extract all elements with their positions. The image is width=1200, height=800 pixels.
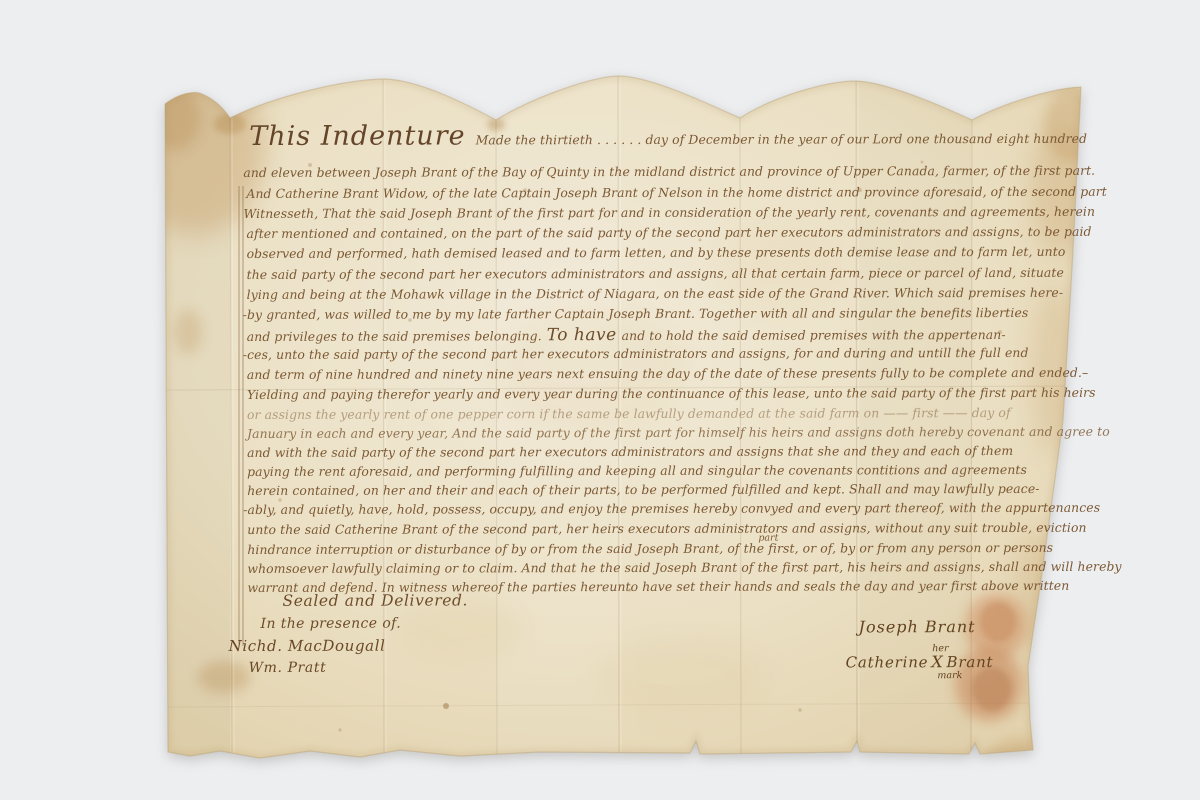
joseph-brant-signature: Joseph Brant (859, 617, 976, 636)
inserted-word: part (758, 533, 778, 544)
line10-start: and privileges to the said premises belo… (247, 328, 542, 344)
presence-line: In the presence of. (261, 616, 402, 632)
manuscript-line: and with the said party of the second pa… (247, 444, 1013, 458)
manuscript-text: This IndentureMade the thirtieth . . . .… (159, 69, 1096, 771)
manuscript-line: And Catherine Brant Widow, of the late C… (246, 185, 1106, 200)
manuscript-line: or assigns the yearly rent of one pepper… (247, 406, 1011, 420)
manuscript-line: January in each and every year, And the … (247, 425, 1110, 440)
to-have-words: To have (542, 325, 622, 345)
opening-rest: Made the thirtieth . . . . . . day of De… (476, 131, 1088, 148)
witness-signature-2: Wm. Pratt (249, 660, 327, 676)
manuscript-line: -ably, and quietly, have, hold, possess,… (243, 501, 1100, 516)
manuscript-line: Witnesseth, That the said Joseph Brant o… (243, 206, 1095, 221)
mark-label: mark (937, 670, 962, 681)
manuscript-line: -ces, unto the said party of the second … (243, 346, 1029, 360)
brant-name: Brant (947, 653, 994, 671)
catherine-brant-signature: CatherineherXmarkBrant (846, 652, 994, 671)
photo-stage: This IndentureMade the thirtieth . . . .… (0, 0, 1200, 800)
manuscript-line: unto the said Catherine Brant of the sec… (247, 521, 1086, 536)
manuscript-line: Yielding and paying therefor yearly and … (247, 386, 1096, 401)
manuscript-line: hindrance interruption or disturbance of… (247, 541, 1053, 556)
manuscript-line: lying and being at the Mohawk village in… (247, 286, 1064, 301)
opening-line: This IndentureMade the thirtieth . . . .… (249, 121, 1087, 150)
opening-words: This Indenture (249, 120, 465, 152)
witness-signature-1: Nichd. MacDougall (229, 637, 386, 655)
manuscript-line: herein contained, on her and their and e… (247, 482, 1039, 496)
sealed-delivered-line: Sealed and Delivered. (282, 591, 468, 609)
manuscript-line: and eleven between Joseph Brant of the B… (243, 165, 1095, 180)
manuscript-line: paying the rent aforesaid, and performin… (247, 463, 1027, 477)
x-mark: X (931, 652, 943, 671)
her-label: her (932, 643, 948, 654)
catherine-name: Catherine (846, 653, 929, 671)
manuscript-line: whomsoever lawfully claiming or to claim… (247, 560, 1121, 575)
her-mark-group: herXmark (931, 652, 943, 671)
manuscript-line: after mentioned and contained, on the pa… (246, 226, 1091, 241)
manuscript-line: the said party of the second part her ex… (247, 266, 1064, 281)
line10-end: and to hold the said demised premises wi… (622, 327, 1006, 343)
manuscript-line: -by granted, was willed to me by my late… (243, 306, 1029, 320)
manuscript-line: observed and performed, hath demised lea… (247, 246, 1066, 261)
manuscript-line: and term of nine hundred and ninety nine… (247, 366, 1088, 381)
manuscript-line: and privileges to the said premises belo… (247, 326, 1006, 345)
